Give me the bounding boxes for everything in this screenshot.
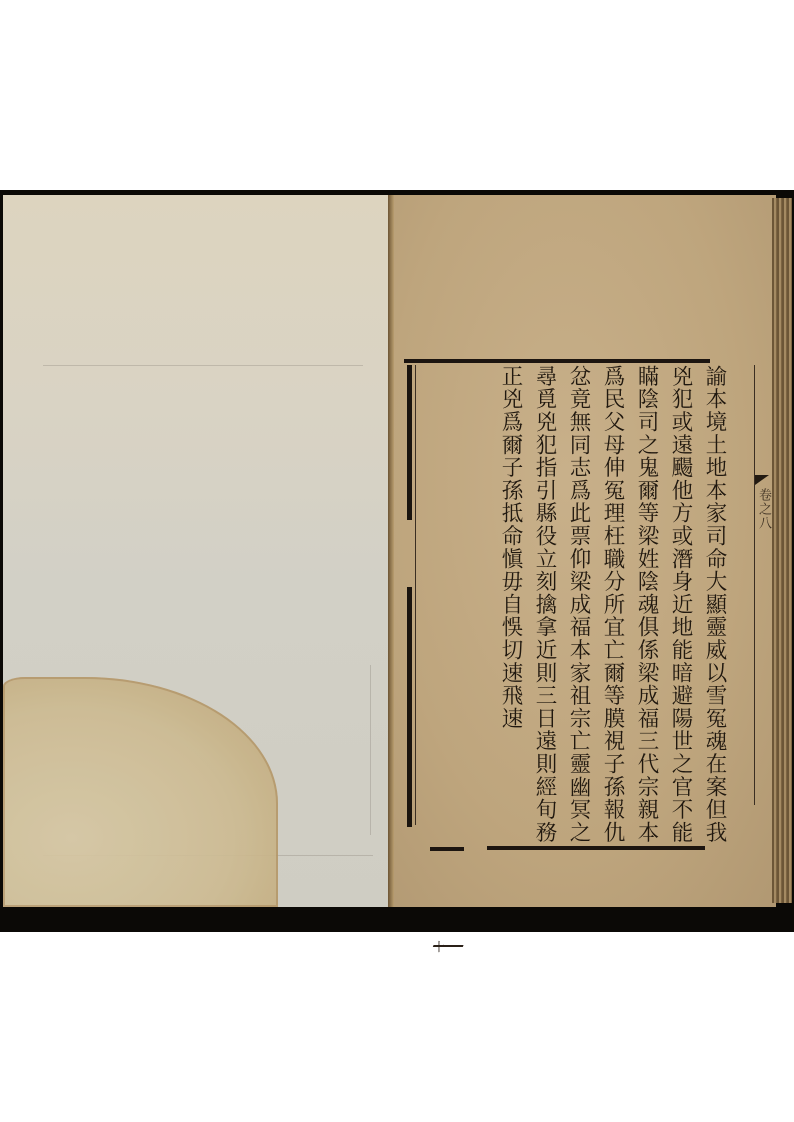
text-column: 忿竟無同志爲此票仰梁成福本家祖宗亡靈幽冥之中 bbox=[561, 365, 595, 845]
margin-label: 卷之八 bbox=[757, 488, 773, 530]
text-column: 兇犯或遠颺他方或潛身近地能暗避陽世之官不能漏 bbox=[663, 365, 697, 845]
text-column: 諭本境土地本家司命大顯靈威以雪冤魂在案但我 bbox=[697, 365, 731, 845]
text-column: 瞞陰司之鬼爾等梁姓陰魂俱係梁成福三代宗親本縣 bbox=[629, 365, 663, 845]
water-stain bbox=[3, 677, 278, 907]
frame-right-border bbox=[754, 365, 755, 805]
book-scan: 卷之八 諭本境土地本家司命大顯靈威以雪冤魂在案但我 兇犯或遠颺他方或潛身近地能暗… bbox=[0, 190, 794, 932]
frame-bottom-border bbox=[487, 846, 705, 850]
left-page bbox=[3, 195, 390, 907]
frame-left-border bbox=[407, 587, 412, 827]
bottom-stroke-mark bbox=[433, 935, 467, 947]
frame-left-border bbox=[407, 365, 412, 520]
page-edges bbox=[772, 198, 792, 903]
show-through-rule bbox=[43, 365, 363, 366]
text-column: 爲民父母伸冤理枉職分所宜亡爾等膜視子孫報仇雪 bbox=[595, 365, 629, 845]
show-through-rule bbox=[370, 665, 371, 835]
frame-left-inner-line bbox=[415, 365, 416, 825]
text-column: 尋覓兇犯指引縣役立刻擒拿近則三日遠則經旬務獲 bbox=[527, 365, 561, 845]
frame-bottom-border bbox=[430, 847, 464, 851]
text-column: 正兇爲爾子孫抵命愼毋自悞切速飛速 bbox=[493, 365, 527, 845]
text-block: 諭本境土地本家司命大顯靈威以雪冤魂在案但我 兇犯或遠颺他方或潛身近地能暗避陽世之… bbox=[493, 365, 731, 845]
frame-top-border bbox=[404, 359, 710, 363]
